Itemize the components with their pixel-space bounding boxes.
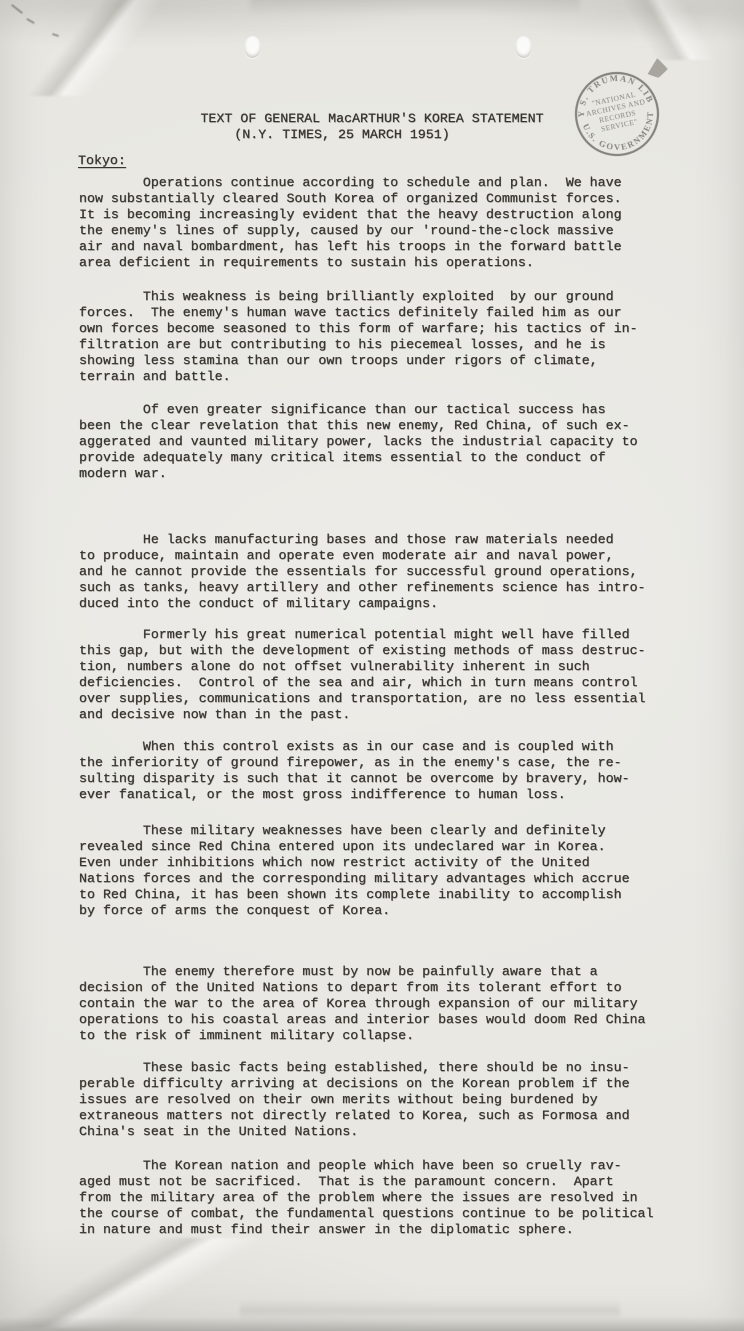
paragraph: When this control exists as in our case … <box>79 739 679 803</box>
paragraph: This weakness is being brilliantly explo… <box>79 289 679 385</box>
paragraph: These basic facts being established, the… <box>79 1060 679 1140</box>
scanned-document-page: HARRY S. TRUMAN LIBRARY U.S. GOVERNMENT … <box>0 0 744 1331</box>
document-subtitle: (N.Y. TIMES, 25 MARCH 1951) <box>0 127 714 143</box>
paragraph: Operations continue according to schedul… <box>79 175 679 271</box>
paragraph: Of even greater significance than our ta… <box>79 402 679 482</box>
dateline-text: Tokyo: <box>78 153 126 168</box>
document-title: TEXT OF GENERAL MacARTHUR'S KOREA STATEM… <box>0 111 744 127</box>
document-body: Operations continue according to schedul… <box>79 175 679 1238</box>
scan-edge-shadow <box>0 1317 744 1331</box>
paragraph: He lacks manufacturing bases and those r… <box>79 532 679 612</box>
dateline: Tokyo: <box>78 153 744 169</box>
document-text-layer: TEXT OF GENERAL MacARTHUR'S KOREA STATEM… <box>0 0 744 1331</box>
paragraph: These military weaknesses have been clea… <box>79 823 679 919</box>
paragraph: The enemy therefore must by now be painf… <box>79 964 679 1044</box>
document-title-block: TEXT OF GENERAL MacARTHUR'S KOREA STATEM… <box>0 0 744 143</box>
paragraph: Formerly his great numerical potential m… <box>79 627 679 723</box>
paragraph: The Korean nation and people which have … <box>79 1158 679 1238</box>
